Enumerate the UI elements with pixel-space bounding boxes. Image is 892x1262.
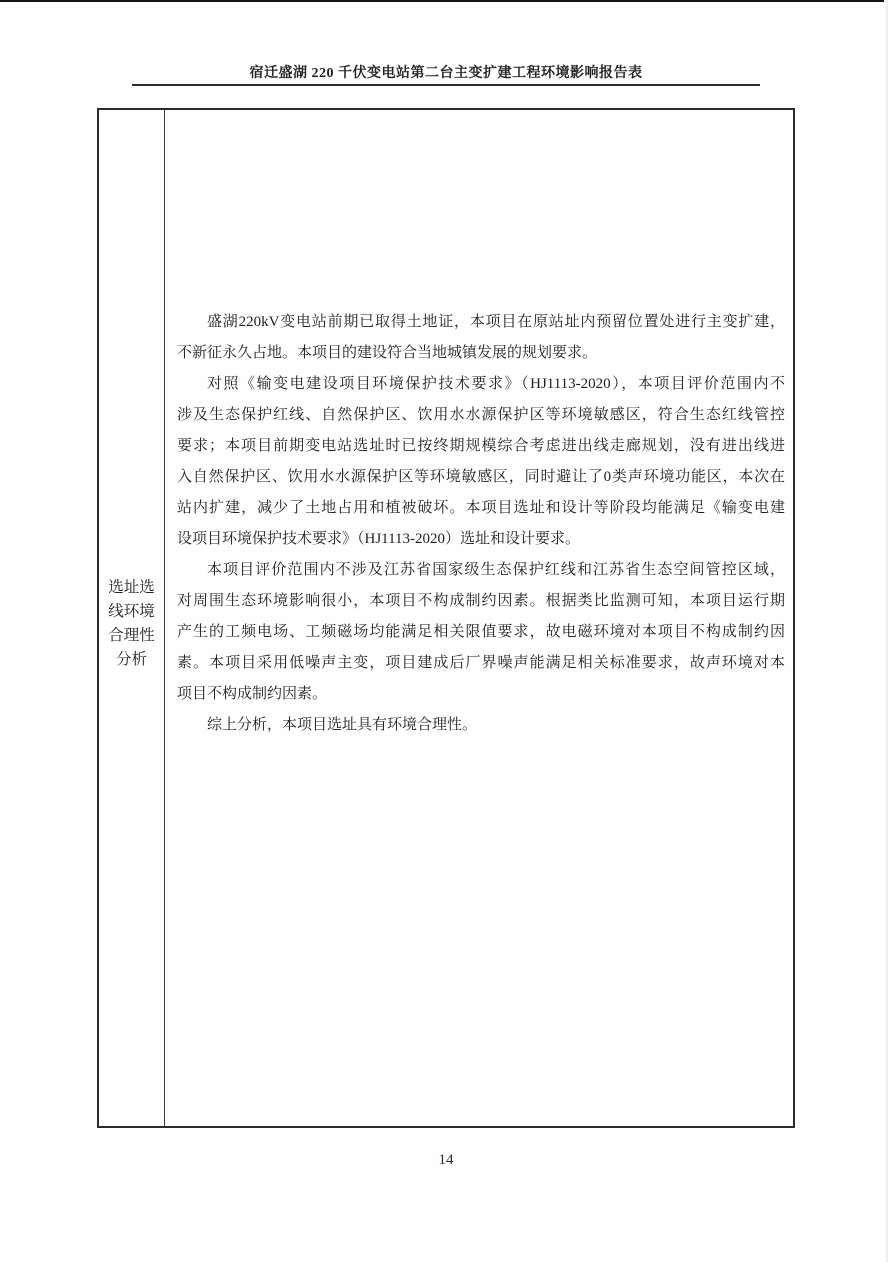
text-line: 产生的工频电场、工频磁场均能满足相关限值要求，故电磁环境对本项目不构成制约因 — [177, 617, 785, 648]
row-label-line: 分析 — [116, 648, 147, 672]
scan-artifact-right-line — [886, 0, 888, 1262]
text-line: 综上分析，本项目选址具有环境合理性。 — [177, 710, 785, 741]
text-line: 涉及生态保护红线、自然保护区、饮用水水源保护区等环境敏感区，符合生态红线管控 — [177, 400, 785, 431]
text-line: 本项目评价范围内不涉及江苏省国家级生态保护红线和江苏省生态空间管控区域， — [177, 555, 785, 586]
row-label-line: 选址选 — [108, 576, 155, 600]
document-page: 宿迁盛湖 220 千伏变电站第二台主变扩建工程环境影响报告表 选址选线环境合理性… — [0, 0, 892, 1262]
header-title: 宿迁盛湖 220 千伏变电站第二台主变扩建工程环境影响报告表 — [0, 62, 892, 82]
scan-artifact-top-line — [0, 0, 884, 2]
text-line: 盛湖220kV变电站前期已取得土地证，本项目在原站址内预留位置处进行主变扩建， — [177, 307, 785, 338]
row-label-line: 合理性 — [108, 624, 155, 648]
text-line: 不新征永久占地。本项目的建设符合当地城镇发展的规划要求。 — [177, 338, 785, 369]
content-cell: 盛湖220kV变电站前期已取得土地证，本项目在原站址内预留位置处进行主变扩建，不… — [165, 110, 793, 1126]
text-line: 入自然保护区、饮用水水源保护区等环境敏感区，同时避让了0类声环境功能区，本次在 — [177, 462, 785, 493]
text-line: 对照《输变电建设项目环境保护技术要求》（HJ1113-2020），本项目评价范围… — [177, 369, 785, 400]
text-line: 项目不构成制约因素。 — [177, 679, 785, 710]
row-label-cell: 选址选线环境合理性分析 — [99, 110, 165, 1126]
text-line: 站内扩建，减少了土地占用和植被破坏。本项目选址和设计等阶段均能满足《输变电建 — [177, 493, 785, 524]
text-line: 设项目环境保护技术要求》（HJ1113-2020）选址和设计要求。 — [177, 524, 785, 555]
document-table: 选址选线环境合理性分析 盛湖220kV变电站前期已取得土地证，本项目在原站址内预… — [97, 108, 795, 1128]
text-line: 对周围生态环境影响很小，本项目不构成制约因素。根据类比监测可知，本项目运行期 — [177, 586, 785, 617]
page-number: 14 — [0, 1152, 892, 1169]
text-line: 素。本项目采用低噪声主变，项目建成后厂界噪声能满足相关标准要求，故声环境对本 — [177, 648, 785, 679]
text-line: 要求；本项目前期变电站选址时已按终期规模综合考虑进出线走廊规划，没有进出线进 — [177, 431, 785, 462]
row-label-line: 线环境 — [108, 600, 155, 624]
header-rule — [132, 84, 760, 86]
